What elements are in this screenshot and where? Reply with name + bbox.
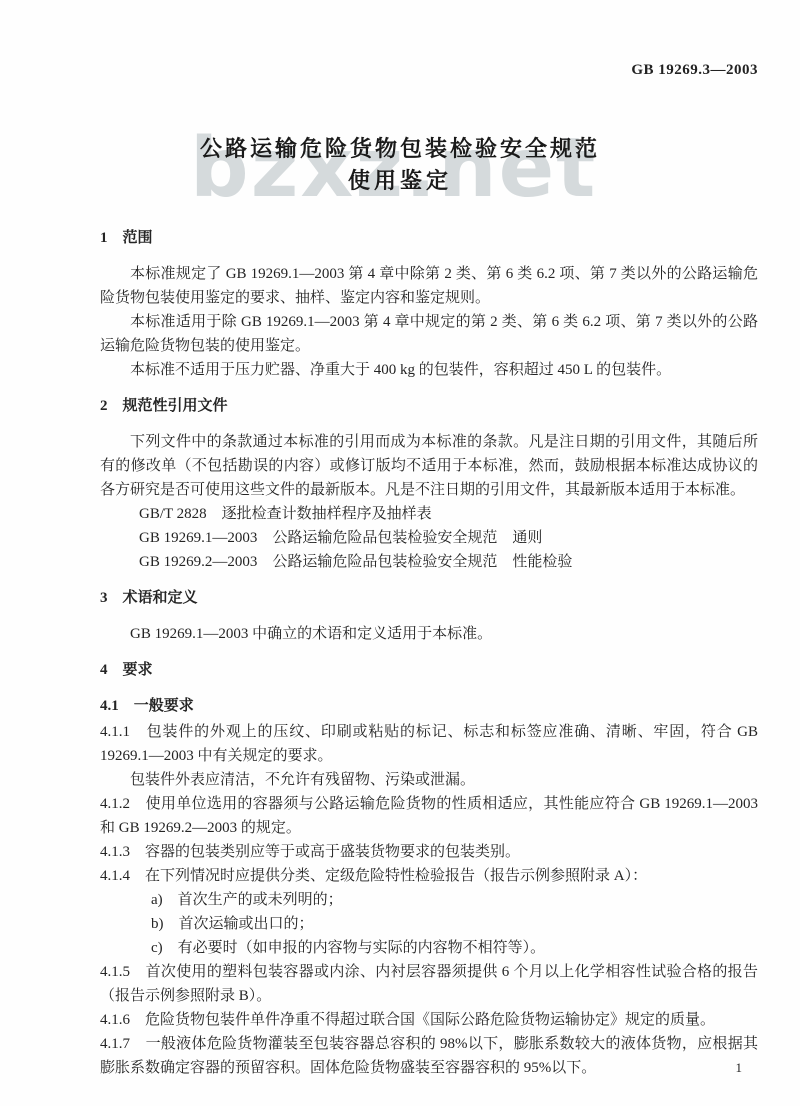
doc-subtitle: 使用鉴定 xyxy=(0,164,800,198)
paragraph: 包装件外表应清洁，不允许有残留物、污染或泄漏。 xyxy=(100,768,758,792)
list-item-b: b) 首次运输或出口的； xyxy=(100,912,758,936)
list-item-a: a) 首次生产的或未列明的； xyxy=(100,888,758,912)
clause-4-1-7: 4.1.7 一般液体危险货物灌装至包装容器总容积的 98%以下，膨胀系数较大的液… xyxy=(100,1032,758,1080)
title-block: 公路运输危险货物包装检验安全规范 使用鉴定 xyxy=(0,134,800,198)
paragraph: 本标准适用于除 GB 19269.1—2003 第 4 章中规定的第 2 类、第… xyxy=(100,310,758,358)
clause-4-1-1: 4.1.1 包装件的外观上的压纹、印刷或粘贴的标记、标志和标签应准确、清晰、牢固… xyxy=(100,720,758,768)
document-page: bzxz.net GB 19269.3—2003 公路运输危险货物包装检验安全规… xyxy=(0,0,800,1106)
section-heading-2: 2 规范性引用文件 xyxy=(100,394,758,418)
reference-item: GB/T 2828 逐批检查计数抽样程序及抽样表 xyxy=(100,502,758,526)
paragraph: GB 19269.1—2003 中确立的术语和定义适用于本标准。 xyxy=(100,622,758,646)
paragraph: 本标准规定了 GB 19269.1—2003 第 4 章中除第 2 类、第 6 … xyxy=(100,262,758,310)
doc-number: GB 19269.3—2003 xyxy=(631,62,758,79)
clause-4-1-4: 4.1.4 在下列情况时应提供分类、定级危险特性检验报告（报告示例参照附录 A）… xyxy=(100,864,758,888)
section-heading-3: 3 术语和定义 xyxy=(100,586,758,610)
clause-4-1-2: 4.1.2 使用单位选用的容器须与公路运输危险货物的性质相适应，其性能应符合 G… xyxy=(100,792,758,840)
page-number: 1 xyxy=(736,1060,743,1076)
document-body: 1 范围本标准规定了 GB 19269.1—2003 第 4 章中除第 2 类、… xyxy=(100,226,758,1080)
paragraph: 下列文件中的条款通过本标准的引用而成为本标准的条款。凡是注日期的引用文件，其随后… xyxy=(100,430,758,502)
list-item-c: c) 有必要时（如申报的内容物与实际的内容物不相符等）。 xyxy=(100,936,758,960)
reference-item: GB 19269.1—2003 公路运输危险品包装检验安全规范 通则 xyxy=(100,526,758,550)
clause-4-1-3: 4.1.3 容器的包装类别应等于或高于盛装货物要求的包装类别。 xyxy=(100,840,758,864)
paragraph: 本标准不适用于压力贮器、净重大于 400 kg 的包装件，容积超过 450 L … xyxy=(100,358,758,382)
clause-4-1-5: 4.1.5 首次使用的塑料包装容器或内涂、内衬层容器须提供 6 个月以上化学相容… xyxy=(100,960,758,1008)
section-heading-1: 1 范围 xyxy=(100,226,758,250)
section-heading-4: 4 要求 xyxy=(100,658,758,682)
clause-4-1-6: 4.1.6 危险货物包装件单件净重不得超过联合国《国际公路危险货物运输协定》规定… xyxy=(100,1008,758,1032)
doc-title: 公路运输危险货物包装检验安全规范 xyxy=(0,134,800,164)
subsection-heading: 4.1 一般要求 xyxy=(100,694,758,718)
reference-item: GB 19269.2—2003 公路运输危险品包装检验安全规范 性能检验 xyxy=(100,550,758,574)
